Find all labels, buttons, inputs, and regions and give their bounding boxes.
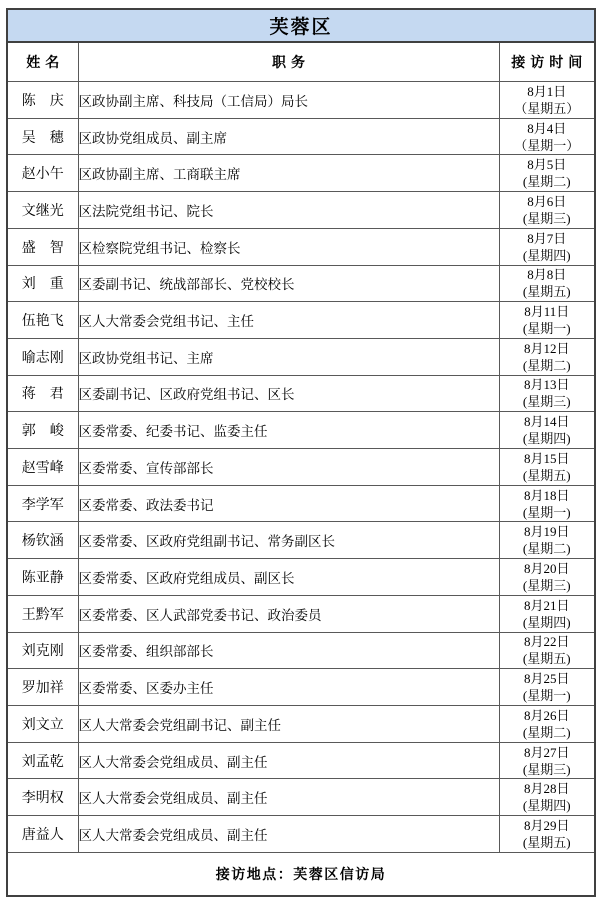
table-row: 赵雪峰 区委常委、宣传部部长 8月15日 (星期五) [7,449,595,486]
date-line: 8月21日 [500,597,595,614]
date-line: 8月4日 [500,120,595,137]
position-cell: 区人大常委会党组成员、副主任 [78,779,499,816]
position-cell: 区委常委、区委办主任 [78,669,499,706]
table-row: 刘孟乾 区人大常委会党组成员、副主任 8月27日 (星期三) [7,742,595,779]
table-row: 伍艳飞 区人大常委会党组书记、主任 8月11日 (星期一) [7,302,595,339]
weekday-line: (星期五) [500,650,595,667]
name-cell: 刘文立 [7,705,78,742]
date-line: 8月8日 [500,266,595,283]
date-line: 8月28日 [500,780,595,797]
date-line: 8月1日 [500,83,595,100]
table-title: 芙蓉区 [7,9,595,42]
position-cell: 区委常委、区政府党组副书记、常务副区长 [78,522,499,559]
table-row: 盛 智 区检察院党组书记、检察长 8月7日 (星期四) [7,228,595,265]
date-line: 8月22日 [500,633,595,650]
position-cell: 区政协党组书记、主席 [78,338,499,375]
table-row: 唐益人 区人大常委会党组成员、副主任 8月29日 (星期五) [7,816,595,853]
weekday-line: (星期二) [500,173,595,190]
table-row: 吴 穗 区政协党组成员、副主席 8月4日 （星期一） [7,118,595,155]
weekday-line: (星期五) [500,283,595,300]
weekday-line: (星期一) [500,687,595,704]
date-line: 8月19日 [500,523,595,540]
page: 芙蓉区 姓名 职务 接访时间 陈 庆 区政协副主席、科技局（工信局）局长 8月1… [0,0,600,905]
table-row: 陈亚静 区委常委、区政府党组成员、副区长 8月20日 (星期三) [7,559,595,596]
time-cell: 8月29日 (星期五) [499,816,595,853]
position-cell: 区委常委、宣传部部长 [78,449,499,486]
date-line: 8月18日 [500,487,595,504]
date-line: 8月11日 [500,303,595,320]
time-cell: 8月27日 (星期三) [499,742,595,779]
date-line: 8月25日 [500,670,595,687]
position-cell: 区委常委、组织部部长 [78,632,499,669]
weekday-line: (星期五) [500,467,595,484]
name-cell: 刘孟乾 [7,742,78,779]
weekday-line: (星期四) [500,614,595,631]
table-row: 郭 峻 区委常委、纪委书记、监委主任 8月14日 (星期四) [7,412,595,449]
name-cell: 王黔军 [7,595,78,632]
weekday-line: (星期二) [500,357,595,374]
table-footer-row: 接访地点：芙蓉区信访局 [7,853,595,897]
position-cell: 区政协副主席、科技局（工信局）局长 [78,82,499,119]
time-cell: 8月15日 (星期五) [499,449,595,486]
weekday-line: (星期五) [500,834,595,851]
weekday-line: (星期三) [500,577,595,594]
position-cell: 区委副书记、区政府党组书记、区长 [78,375,499,412]
name-cell: 陈亚静 [7,559,78,596]
weekday-line: (星期四) [500,797,595,814]
date-line: 8月12日 [500,340,595,357]
weekday-line: (星期四) [500,247,595,264]
time-cell: 8月8日 (星期五) [499,265,595,302]
table-row: 刘克刚 区委常委、组织部部长 8月22日 (星期五) [7,632,595,669]
column-header-position: 职务 [78,42,499,82]
name-cell: 刘 重 [7,265,78,302]
table-row: 杨钦涵 区委常委、区政府党组副书记、常务副区长 8月19日 (星期二) [7,522,595,559]
table-row: 文继光 区法院党组书记、院长 8月6日 (星期三) [7,192,595,229]
time-cell: 8月11日 (星期一) [499,302,595,339]
district-reception-table: 芙蓉区 姓名 职务 接访时间 陈 庆 区政协副主席、科技局（工信局）局长 8月1… [6,8,596,897]
time-cell: 8月13日 (星期三) [499,375,595,412]
table-row: 李学军 区委常委、政法委书记 8月18日 (星期一) [7,485,595,522]
time-cell: 8月12日 (星期二) [499,338,595,375]
date-line: 8月26日 [500,707,595,724]
table-row: 赵小午 区政协副主席、工商联主席 8月5日 (星期二) [7,155,595,192]
name-cell: 蒋 君 [7,375,78,412]
position-cell: 区政协副主席、工商联主席 [78,155,499,192]
table-header-row: 姓名 职务 接访时间 [7,42,595,82]
weekday-line: (星期一) [500,320,595,337]
table-title-row: 芙蓉区 [7,9,595,42]
name-cell: 唐益人 [7,816,78,853]
time-cell: 8月28日 (星期四) [499,779,595,816]
name-cell: 赵小午 [7,155,78,192]
weekday-line: (星期四) [500,430,595,447]
name-cell: 杨钦涵 [7,522,78,559]
weekday-line: （星期一） [500,137,595,154]
time-cell: 8月18日 (星期一) [499,485,595,522]
time-cell: 8月19日 (星期二) [499,522,595,559]
time-cell: 8月5日 (星期二) [499,155,595,192]
table-row: 刘 重 区委副书记、统战部部长、党校校长 8月8日 (星期五) [7,265,595,302]
table-row: 王黔军 区委常委、区人武部党委书记、政治委员 8月21日 (星期四) [7,595,595,632]
table-row: 罗加祥 区委常委、区委办主任 8月25日 (星期一) [7,669,595,706]
weekday-line: (星期三) [500,761,595,778]
time-cell: 8月4日 （星期一） [499,118,595,155]
date-line: 8月13日 [500,376,595,393]
name-cell: 刘克刚 [7,632,78,669]
name-cell: 吴 穗 [7,118,78,155]
name-cell: 罗加祥 [7,669,78,706]
name-cell: 伍艳飞 [7,302,78,339]
weekday-line: （星期五） [500,100,595,117]
name-cell: 李学军 [7,485,78,522]
position-cell: 区委常委、区人武部党委书记、政治委员 [78,595,499,632]
time-cell: 8月26日 (星期二) [499,705,595,742]
position-cell: 区人大常委会党组成员、副主任 [78,816,499,853]
date-line: 8月14日 [500,413,595,430]
position-cell: 区检察院党组书记、检察长 [78,228,499,265]
position-cell: 区委常委、纪委书记、监委主任 [78,412,499,449]
position-cell: 区人大常委会党组副书记、副主任 [78,705,499,742]
time-cell: 8月6日 (星期三) [499,192,595,229]
weekday-line: (星期一) [500,504,595,521]
weekday-line: (星期二) [500,540,595,557]
date-line: 8月15日 [500,450,595,467]
name-cell: 李明权 [7,779,78,816]
position-cell: 区人大常委会党组成员、副主任 [78,742,499,779]
time-cell: 8月20日 (星期三) [499,559,595,596]
weekday-line: (星期三) [500,210,595,227]
name-cell: 喻志刚 [7,338,78,375]
table-row: 陈 庆 区政协副主席、科技局（工信局）局长 8月1日 （星期五） [7,82,595,119]
column-header-time: 接访时间 [499,42,595,82]
date-line: 8月29日 [500,817,595,834]
table-row: 蒋 君 区委副书记、区政府党组书记、区长 8月13日 (星期三) [7,375,595,412]
time-cell: 8月7日 (星期四) [499,228,595,265]
name-cell: 陈 庆 [7,82,78,119]
name-cell: 赵雪峰 [7,449,78,486]
table-row: 刘文立 区人大常委会党组副书记、副主任 8月26日 (星期二) [7,705,595,742]
date-line: 8月6日 [500,193,595,210]
name-cell: 郭 峻 [7,412,78,449]
time-cell: 8月21日 (星期四) [499,595,595,632]
date-line: 8月20日 [500,560,595,577]
time-cell: 8月22日 (星期五) [499,632,595,669]
date-line: 8月7日 [500,230,595,247]
position-cell: 区人大常委会党组书记、主任 [78,302,499,339]
time-cell: 8月1日 （星期五） [499,82,595,119]
position-cell: 区委常委、区政府党组成员、副区长 [78,559,499,596]
reception-location: 接访地点：芙蓉区信访局 [7,853,595,897]
weekday-line: (星期二) [500,724,595,741]
table-body: 陈 庆 区政协副主席、科技局（工信局）局长 8月1日 （星期五） 吴 穗 区政协… [7,82,595,853]
weekday-line: (星期三) [500,393,595,410]
position-cell: 区委常委、政法委书记 [78,485,499,522]
time-cell: 8月25日 (星期一) [499,669,595,706]
name-cell: 文继光 [7,192,78,229]
table-row: 李明权 区人大常委会党组成员、副主任 8月28日 (星期四) [7,779,595,816]
date-line: 8月5日 [500,156,595,173]
date-line: 8月27日 [500,744,595,761]
time-cell: 8月14日 (星期四) [499,412,595,449]
position-cell: 区法院党组书记、院长 [78,192,499,229]
position-cell: 区政协党组成员、副主席 [78,118,499,155]
name-cell: 盛 智 [7,228,78,265]
column-header-name: 姓名 [7,42,78,82]
table-row: 喻志刚 区政协党组书记、主席 8月12日 (星期二) [7,338,595,375]
position-cell: 区委副书记、统战部部长、党校校长 [78,265,499,302]
